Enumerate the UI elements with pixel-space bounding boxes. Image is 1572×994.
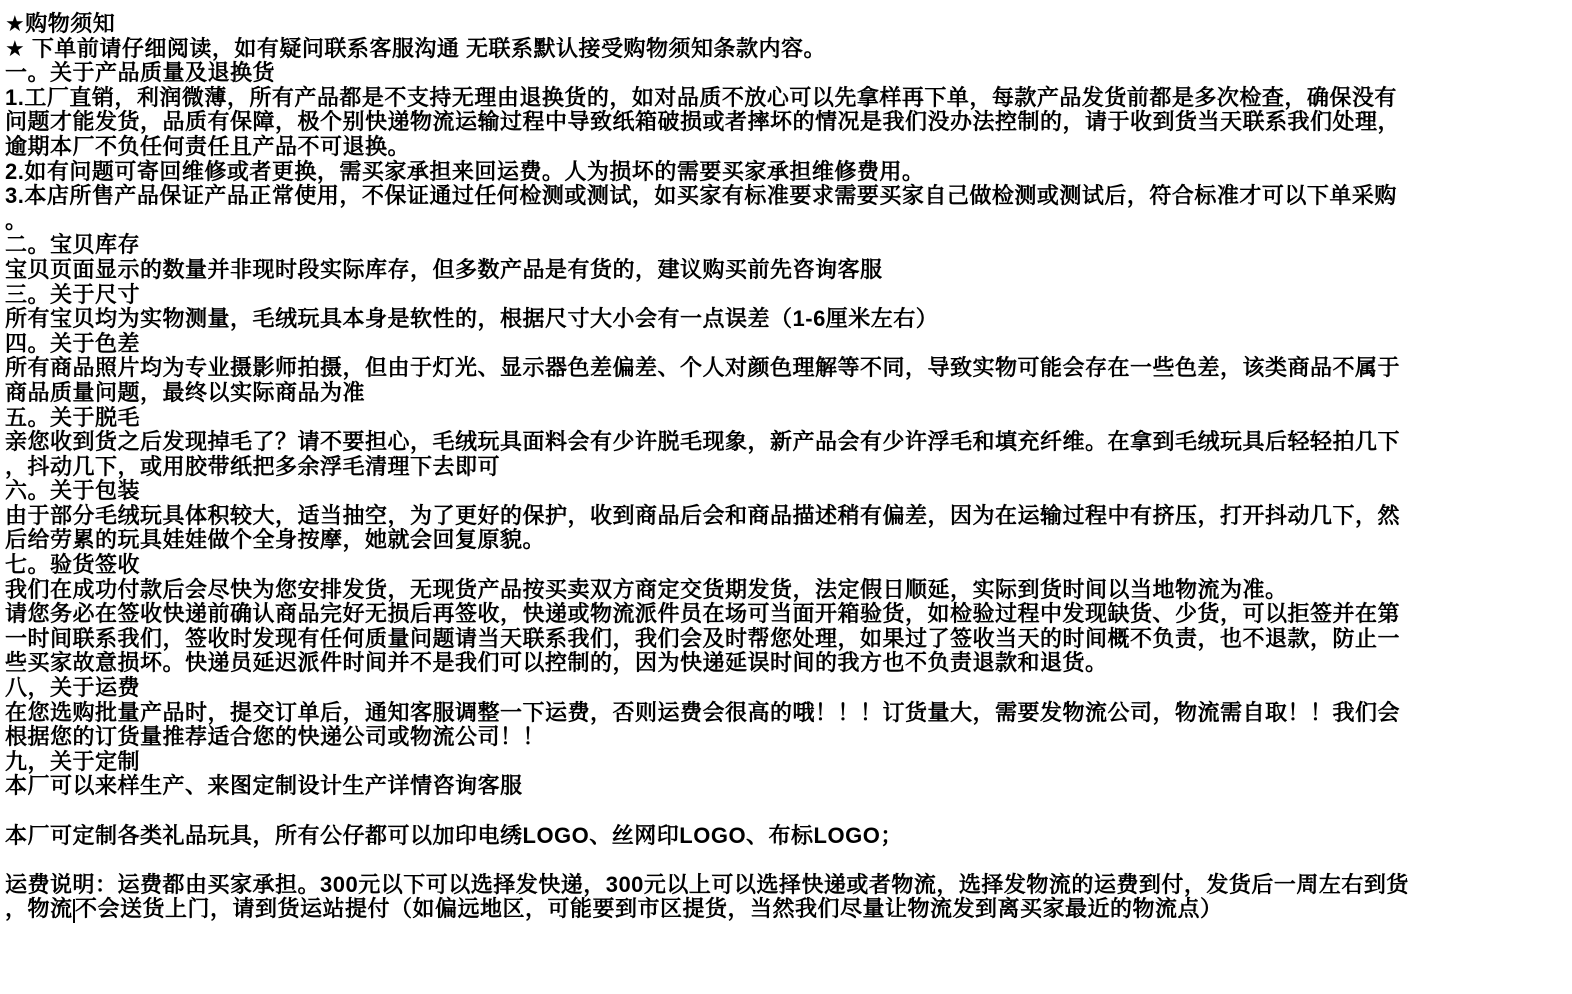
notice-line: 根据您的订货量推荐适合您的快递公司或物流公司！！ [5, 725, 1572, 750]
last-line-before-cursor: ，物流 [5, 896, 73, 921]
section-heading-inspection: 七。验货签收 [5, 553, 1572, 578]
notice-line: 由于部分毛绒玩具体积较大，适当抽空，为了更好的保护，收到商品后会和商品描述稍有偏… [5, 504, 1572, 529]
shopping-notice-document: ★购物须知 ★ 下单前请仔细阅读，如有疑问联系客服沟通 无联系默认接受购物须知条… [0, 0, 1572, 994]
section-heading-quality: 一。关于产品质量及退换货 [5, 61, 1572, 86]
section-heading-size: 三。关于尺寸 [5, 283, 1572, 308]
section-heading-packaging: 六。关于包装 [5, 479, 1572, 504]
notice-line: 2.如有问题可寄回维修或者更换，需买家承担来回运费。人为损坏的需要买家承担维修费… [5, 160, 1572, 185]
notice-line: 1.工厂直销，利润微薄，所有产品都是不支持无理由退换货的，如对品质不放心可以先拿… [5, 86, 1572, 111]
notice-line: 亲您收到货之后发现掉毛了？请不要担心，毛绒玩具面料会有少许脱毛现象，新产品会有少… [5, 430, 1572, 455]
blank-line [5, 848, 1572, 873]
section-heading-customization: 九，关于定制 [5, 750, 1572, 775]
notice-line: 后给劳累的玩具娃娃做个全身按摩，她就会回复原貌。 [5, 528, 1572, 553]
last-line-after-cursor: 不会送货上门，请到货运站提付（如偏远地区，可能要到市区提货，当然我们尽量让物流发… [75, 896, 1223, 921]
notice-line: ★ 下单前请仔细阅读，如有疑问联系客服沟通 无联系默认接受购物须知条款内容。 [5, 37, 1572, 62]
section-heading-stock: 二。宝贝库存 [5, 233, 1572, 258]
notice-line: 逾期本厂不负任何责任且产品不可退换。 [5, 135, 1572, 160]
blank-line [5, 799, 1572, 824]
notice-line: 些买家故意损坏。快递员延迟派件时间并不是我们可以控制的，因为快递延误时间的我方也… [5, 651, 1572, 676]
notice-line: 一时间联系我们，签收时发现有任何质量问题请当天联系我们，我们会及时帮您处理，如果… [5, 627, 1572, 652]
notice-line: 商品质量问题，最终以实际商品为准 [5, 381, 1572, 406]
notice-line: 问题才能发货，品质有保障，极个别快递物流运输过程中导致纸箱破损或者摔坏的情况是我… [5, 110, 1572, 135]
notice-line: 请您务必在签收快递前确认商品完好无损后再签收，快递或物流派件员在场可当面开箱验货… [5, 602, 1572, 627]
notice-line: 本厂可定制各类礼品玩具，所有公仔都可以加印电绣LOGO、丝网印LOGO、布标LO… [5, 824, 1572, 849]
notice-line: 宝贝页面显示的数量并非现时段实际库存，但多数产品是有货的，建议购买前先咨询客服 [5, 258, 1572, 283]
notice-line: 运费说明：运费都由买家承担。300元以下可以选择发快递，300元以上可以选择快递… [5, 873, 1572, 898]
notice-line: 所有商品照片均为专业摄影师拍摄，但由于灯光、显示器色差偏差、个人对颜色理解等不同… [5, 356, 1572, 381]
notice-line: 我们在成功付款后会尽快为您安排发货，无现货产品按买卖双方商定交货期发货，法定假日… [5, 578, 1572, 603]
notice-line: 3.本店所售产品保证产品正常使用，不保证通过任何检测或测试，如买家有标准要求需要… [5, 184, 1572, 209]
notice-title: ★购物须知 [5, 12, 1572, 37]
notice-line: 。 [5, 209, 1572, 234]
notice-last-line: ，物流不会送货上门，请到货运站提付（如偏远地区，可能要到市区提货，当然我们尽量让… [5, 897, 1572, 922]
section-heading-shedding: 五。关于脱毛 [5, 406, 1572, 431]
notice-line: 所有宝贝均为实物测量，毛绒玩具本身是软性的，根据尺寸大小会有一点误差（1-6厘米… [5, 307, 1572, 332]
section-heading-shipping-fee: 八，关于运费 [5, 676, 1572, 701]
section-heading-color: 四。关于色差 [5, 332, 1572, 357]
notice-line: ，抖动几下，或用胶带纸把多余浮毛清理下去即可 [5, 455, 1572, 480]
notice-line: 本厂可以来样生产、来图定制设计生产详情咨询客服 [5, 774, 1572, 799]
notice-line: 在您选购批量产品时，提交订单后，通知客服调整一下运费，否则运费会很高的哦！！！订… [5, 701, 1572, 726]
